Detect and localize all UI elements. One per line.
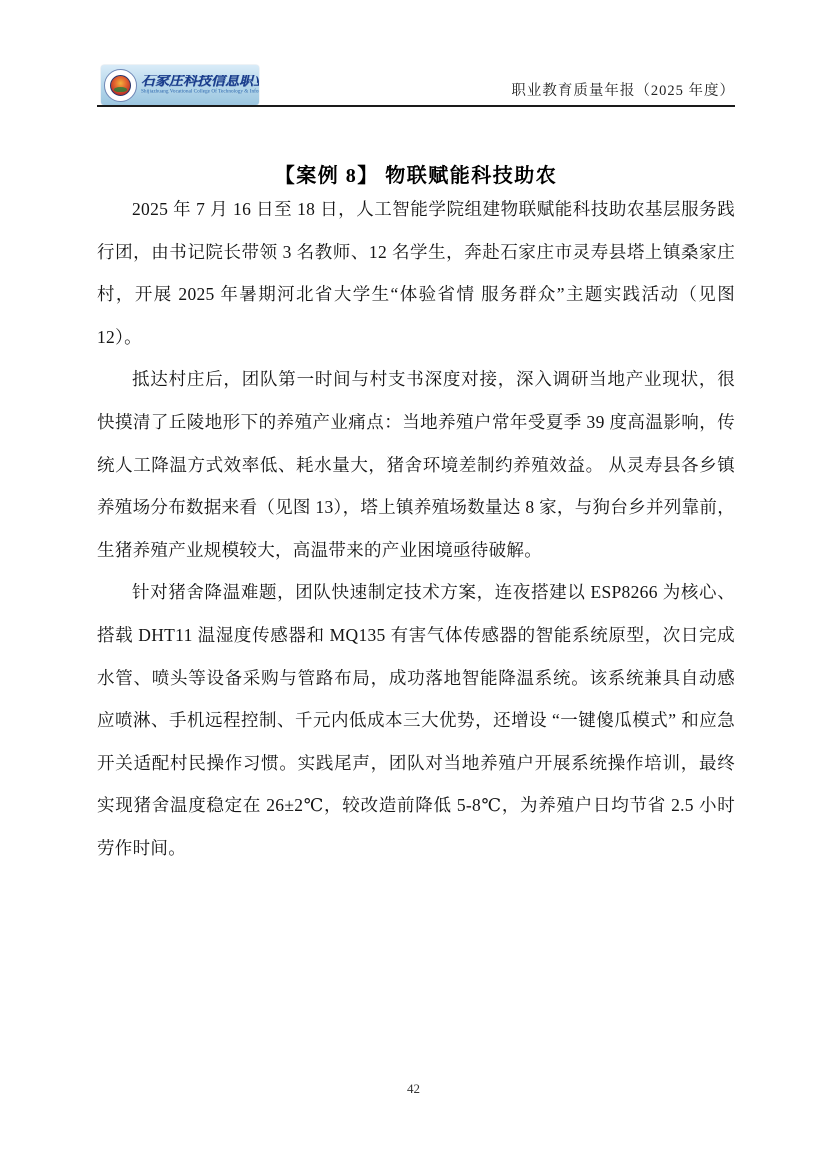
paragraph-3: 针对猪舍降温难题，团队快速制定技术方案，连夜搭建以 ESP8266 为核心、搭载… (97, 571, 735, 869)
paragraph-2: 抵达村庄后，团队第一时间与村支书深度对接，深入调研当地产业现状，很快摸清了丘陵地… (97, 358, 735, 571)
paragraph-1: 2025 年 7 月 16 日至 18 日，人工智能学院组建物联赋能科技助农基层… (97, 188, 735, 358)
college-logo-text: 石家庄科技信息职业学院 Shijiazhuang Vocational Coll… (141, 75, 259, 96)
page-footer: 42 (0, 1081, 827, 1097)
report-header-title: 职业教育质量年报（2025 年度） (511, 79, 735, 100)
college-name-cn: 石家庄科技信息职业学院 (141, 75, 259, 90)
header-divider (97, 105, 735, 107)
case-title: 【案例 8】 物联赋能科技助农 (97, 159, 735, 188)
college-name-en: Shijiazhuang Vocational College Of Techn… (141, 89, 245, 95)
page-number: 42 (407, 1081, 420, 1096)
college-logo: 石家庄科技信息职业学院 Shijiazhuang Vocational Coll… (101, 65, 259, 105)
page-header: 石家庄科技信息职业学院 Shijiazhuang Vocational Coll… (97, 62, 735, 108)
college-emblem-icon (104, 69, 137, 102)
document-page: 石家庄科技信息职业学院 Shijiazhuang Vocational Coll… (0, 0, 827, 1169)
body-text: 2025 年 7 月 16 日至 18 日，人工智能学院组建物联赋能科技助农基层… (97, 188, 735, 870)
college-emblem-core-icon (110, 75, 131, 96)
